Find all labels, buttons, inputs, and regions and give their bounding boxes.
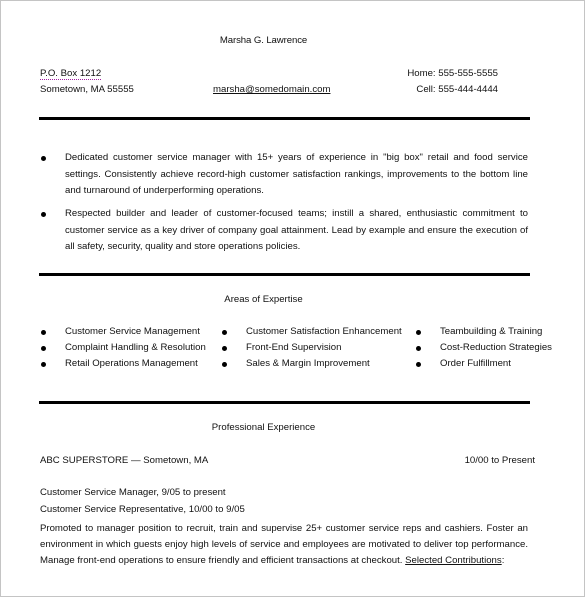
employer-name: ABC SUPERSTORE — Sometown, MA (40, 455, 208, 466)
employment-dates: 10/00 to Present (381, 455, 535, 466)
bullet-icon (41, 156, 46, 161)
bullet-icon (222, 330, 227, 335)
expertise-item: Order Fulfillment (440, 358, 511, 369)
selected-contributions-label: Selected Contributions (405, 555, 502, 566)
bullet-icon (222, 346, 227, 351)
bullet-icon (41, 346, 46, 351)
summary-bullet: Respected builder and leader of customer… (65, 206, 528, 256)
cell-phone: Cell: 555-444-4444 (301, 84, 498, 95)
expertise-label: Sales & Margin Improvement (246, 358, 370, 369)
bullet-icon (41, 362, 46, 367)
divider-rule (39, 401, 530, 404)
expertise-item: Front-End Supervision (246, 342, 341, 353)
section-title-expertise: Areas of Expertise (1, 294, 526, 305)
expertise-label: Complaint Handling & Resolution (65, 342, 206, 353)
expertise-item: Customer Service Management (65, 326, 200, 337)
candidate-name: Marsha G. Lawrence (1, 35, 526, 46)
experience-description: Promoted to manager position to recruit,… (40, 521, 528, 569)
address-line-1: P.O. Box 1212 (40, 68, 101, 79)
section-title-experience: Professional Experience (1, 422, 526, 433)
home-phone: Home: 555-555-5555 (301, 68, 498, 79)
divider-rule (39, 117, 530, 120)
divider-rule (39, 273, 530, 276)
expertise-item: Retail Operations Management (65, 358, 198, 369)
resume-page: Marsha G. Lawrence P.O. Box 1212 Sometow… (0, 0, 585, 597)
contributions-suffix: : (502, 555, 505, 566)
bullet-icon (41, 330, 46, 335)
summary-bullet: Dedicated customer service manager with … (65, 150, 528, 200)
expertise-label: Cost-Reduction Strategies (440, 342, 552, 353)
bullet-icon (416, 362, 421, 367)
expertise-label: Teambuilding & Training (440, 326, 542, 337)
expertise-label: Front-End Supervision (246, 342, 341, 353)
bullet-icon (222, 362, 227, 367)
bullet-icon (41, 212, 46, 217)
expertise-item: Teambuilding & Training (440, 326, 542, 337)
role-title: Customer Service Representative, 10/00 t… (40, 504, 245, 515)
expertise-item: Sales & Margin Improvement (246, 358, 370, 369)
expertise-label: Customer Service Management (65, 326, 200, 337)
role-title: Customer Service Manager, 9/05 to presen… (40, 487, 226, 498)
expertise-label: Customer Satisfaction Enhancement (246, 326, 402, 337)
expertise-item: Customer Satisfaction Enhancement (246, 326, 402, 337)
address-line-2: Sometown, MA 55555 (40, 84, 134, 95)
expertise-label: Retail Operations Management (65, 358, 198, 369)
bullet-icon (416, 346, 421, 351)
bullet-icon (416, 330, 421, 335)
po-box-text: P.O. Box 1212 (40, 68, 101, 80)
expertise-item: Cost-Reduction Strategies (440, 342, 552, 353)
expertise-label: Order Fulfillment (440, 358, 511, 369)
expertise-item: Complaint Handling & Resolution (65, 342, 206, 353)
